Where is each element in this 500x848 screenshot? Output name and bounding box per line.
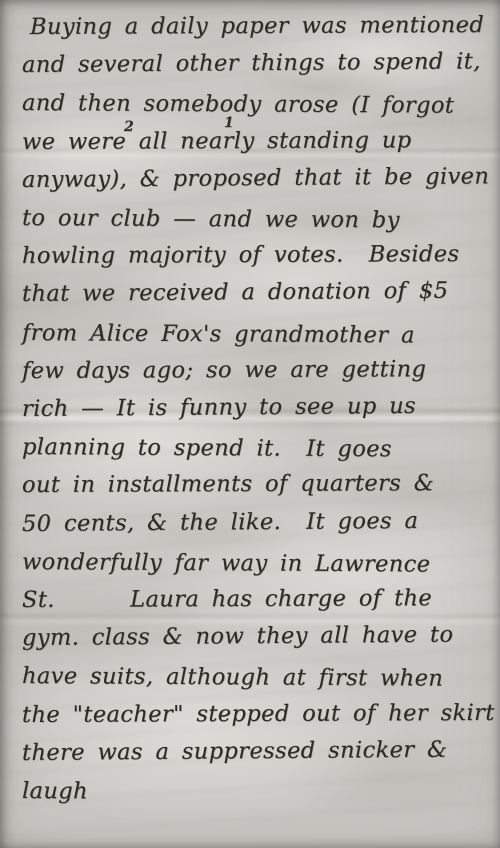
handwritten-line: the "teacher" stepped out of her skirt: [22, 694, 492, 734]
handwritten-line: have suits, although at first when: [22, 657, 492, 698]
handwritten-line: we were all nearly standing up: [22, 121, 492, 161]
handwritten-line: Buying a daily paper was mentioned: [22, 6, 492, 46]
handwritten-line: and several other things to spend it,: [22, 43, 492, 85]
handwritten-line: planning to spend it. It goes: [22, 428, 492, 469]
handwritten-line: rich — It is funny to see up us: [22, 386, 492, 428]
word-order-mark: 2: [124, 119, 134, 135]
handwritten-line: out in installments of quarters &: [22, 464, 492, 504]
word-order-mark: 1: [224, 115, 234, 131]
letter-page: Buying a daily paper was mentioned and s…: [0, 0, 500, 848]
handwritten-line: anyway), & proposed that it be given: [22, 157, 492, 199]
handwritten-line: gym. class & now they all have to: [22, 616, 492, 658]
handwritten-line: from Alice Fox's grandmother a: [22, 314, 492, 355]
handwritten-line: and then somebody arose (I forgot: [22, 84, 492, 125]
handwritten-line: 50 cents, & the like. It goes a: [22, 501, 492, 543]
handwritten-line: there was a suppressed snicker &: [22, 730, 492, 772]
handwritten-line: St. Laura has charge of the: [22, 579, 492, 619]
handwritten-line: few days ago; so we are getting: [22, 350, 492, 390]
handwritten-line: laugh: [22, 772, 492, 813]
handwritten-line: wonderfully far way in Lawrence: [22, 543, 492, 584]
handwritten-line: that we received a donation of $5: [22, 272, 492, 314]
handwritten-line: to our club — and we won by: [22, 199, 492, 240]
handwritten-line: howling majority of votes. Besides: [22, 235, 492, 275]
letter-body: Buying a daily paper was mentioned and s…: [0, 8, 500, 810]
